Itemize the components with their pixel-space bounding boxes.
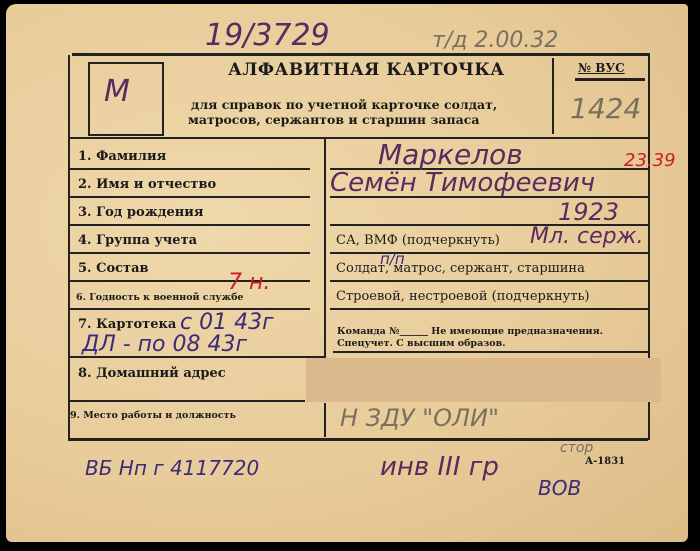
rule	[70, 168, 310, 170]
fitness-options: Строевой, нестроевой (подчеркнуть)	[336, 289, 590, 304]
field-label-composition: 5. Состав	[78, 261, 149, 276]
header-bottom-rule	[68, 137, 648, 139]
field-label-surname: 1. Фамилия	[78, 149, 166, 164]
birth-year-value: 1923	[558, 198, 619, 226]
right-short-divider	[324, 403, 326, 437]
pencil-note: т/д 2.00.32	[432, 28, 558, 53]
vus-underline	[575, 78, 645, 81]
subtitle-line-1: для справок по учетной карточке солдат,	[191, 97, 497, 112]
footer-note-blue: ВОВ	[538, 476, 581, 500]
card-index-value-2: ДЛ - по 08 43г	[82, 332, 247, 357]
document-subtitle: для справок по учетной карточке солдат, …	[188, 97, 497, 127]
document-title: АЛФАВИТНАЯ КАРТОЧКА	[228, 60, 505, 80]
field-label-name: 2. Имя и отчество	[78, 177, 216, 192]
footer-note-left: ВБ Нп г 4117720	[85, 456, 259, 480]
composition-options: Солдат, матрос, сержант, старшина	[336, 261, 585, 276]
rule	[70, 196, 310, 198]
registry-number: 19/3729	[205, 18, 330, 53]
vus-label: № ВУС	[578, 61, 625, 75]
workplace-value: Н ЗДУ "ОЛИ"	[340, 404, 499, 432]
composition-mark: п/п	[380, 250, 405, 268]
form-number: А-1831	[585, 456, 625, 467]
field-label-birth-year: 3. Год рождения	[78, 205, 204, 220]
rule	[330, 308, 650, 310]
fitness-value: 7 н.	[228, 270, 270, 295]
field-label-workplace: 9. Место работы и должность	[70, 410, 236, 421]
rule	[70, 224, 310, 226]
name-value: Семён Тимофеевич	[330, 168, 595, 198]
field-label-group: 4. Группа учета	[78, 233, 197, 248]
group-options: СА, ВМФ (подчеркнуть)	[336, 233, 500, 248]
rule	[330, 280, 650, 282]
field-label-card-index: 7. Картотека	[78, 317, 176, 332]
vus-divider	[552, 58, 554, 134]
rule	[70, 252, 310, 254]
footer-pencil-note: стор	[560, 440, 593, 456]
center-divider	[324, 139, 326, 359]
surname-value: Маркелов	[378, 138, 523, 171]
redacted-address	[306, 358, 661, 402]
field-label-fitness: 6. Годность к военной службе	[76, 292, 243, 303]
field-label-home-address: 8. Домашний адрес	[78, 366, 226, 381]
rule	[70, 400, 305, 402]
rule	[70, 280, 310, 282]
rule	[330, 252, 650, 254]
letter-stamp: М	[104, 74, 130, 109]
subtitle-line-2: матросов, сержантов и старшин запаса	[188, 112, 497, 127]
group-value: Мл. серж.	[530, 224, 643, 249]
command-line: Команда №______ Не имеющие предназначени…	[337, 326, 603, 337]
special-registry-line: Спецучет. С высшим образов.	[337, 338, 506, 349]
vus-value: 1424	[570, 92, 641, 125]
rule	[333, 351, 648, 353]
footer-note-center: инв III гр	[380, 452, 499, 482]
red-note: 23.39	[624, 150, 676, 171]
